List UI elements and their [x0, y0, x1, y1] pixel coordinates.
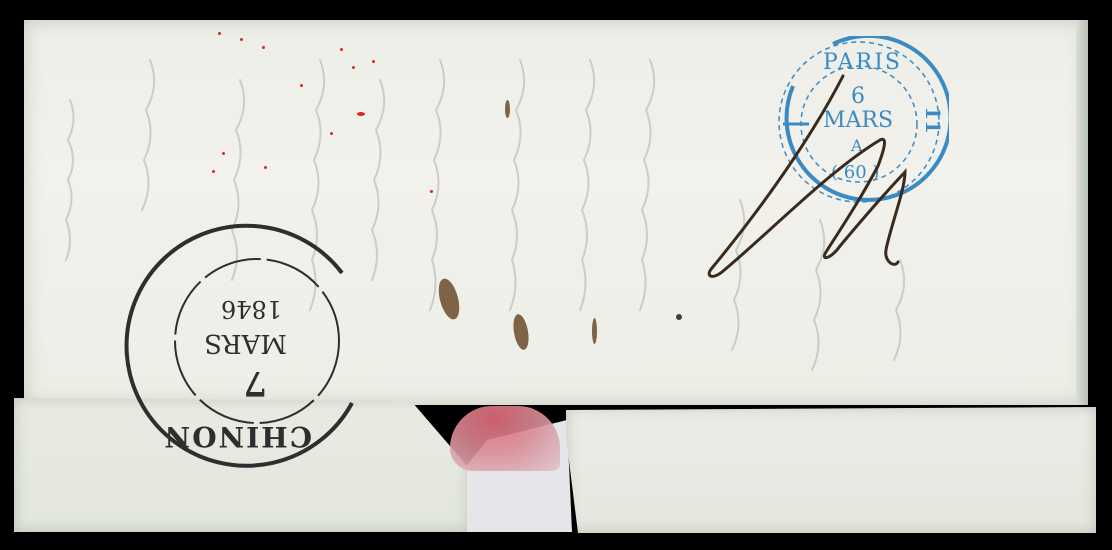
manuscript-marking [0, 0, 1112, 550]
